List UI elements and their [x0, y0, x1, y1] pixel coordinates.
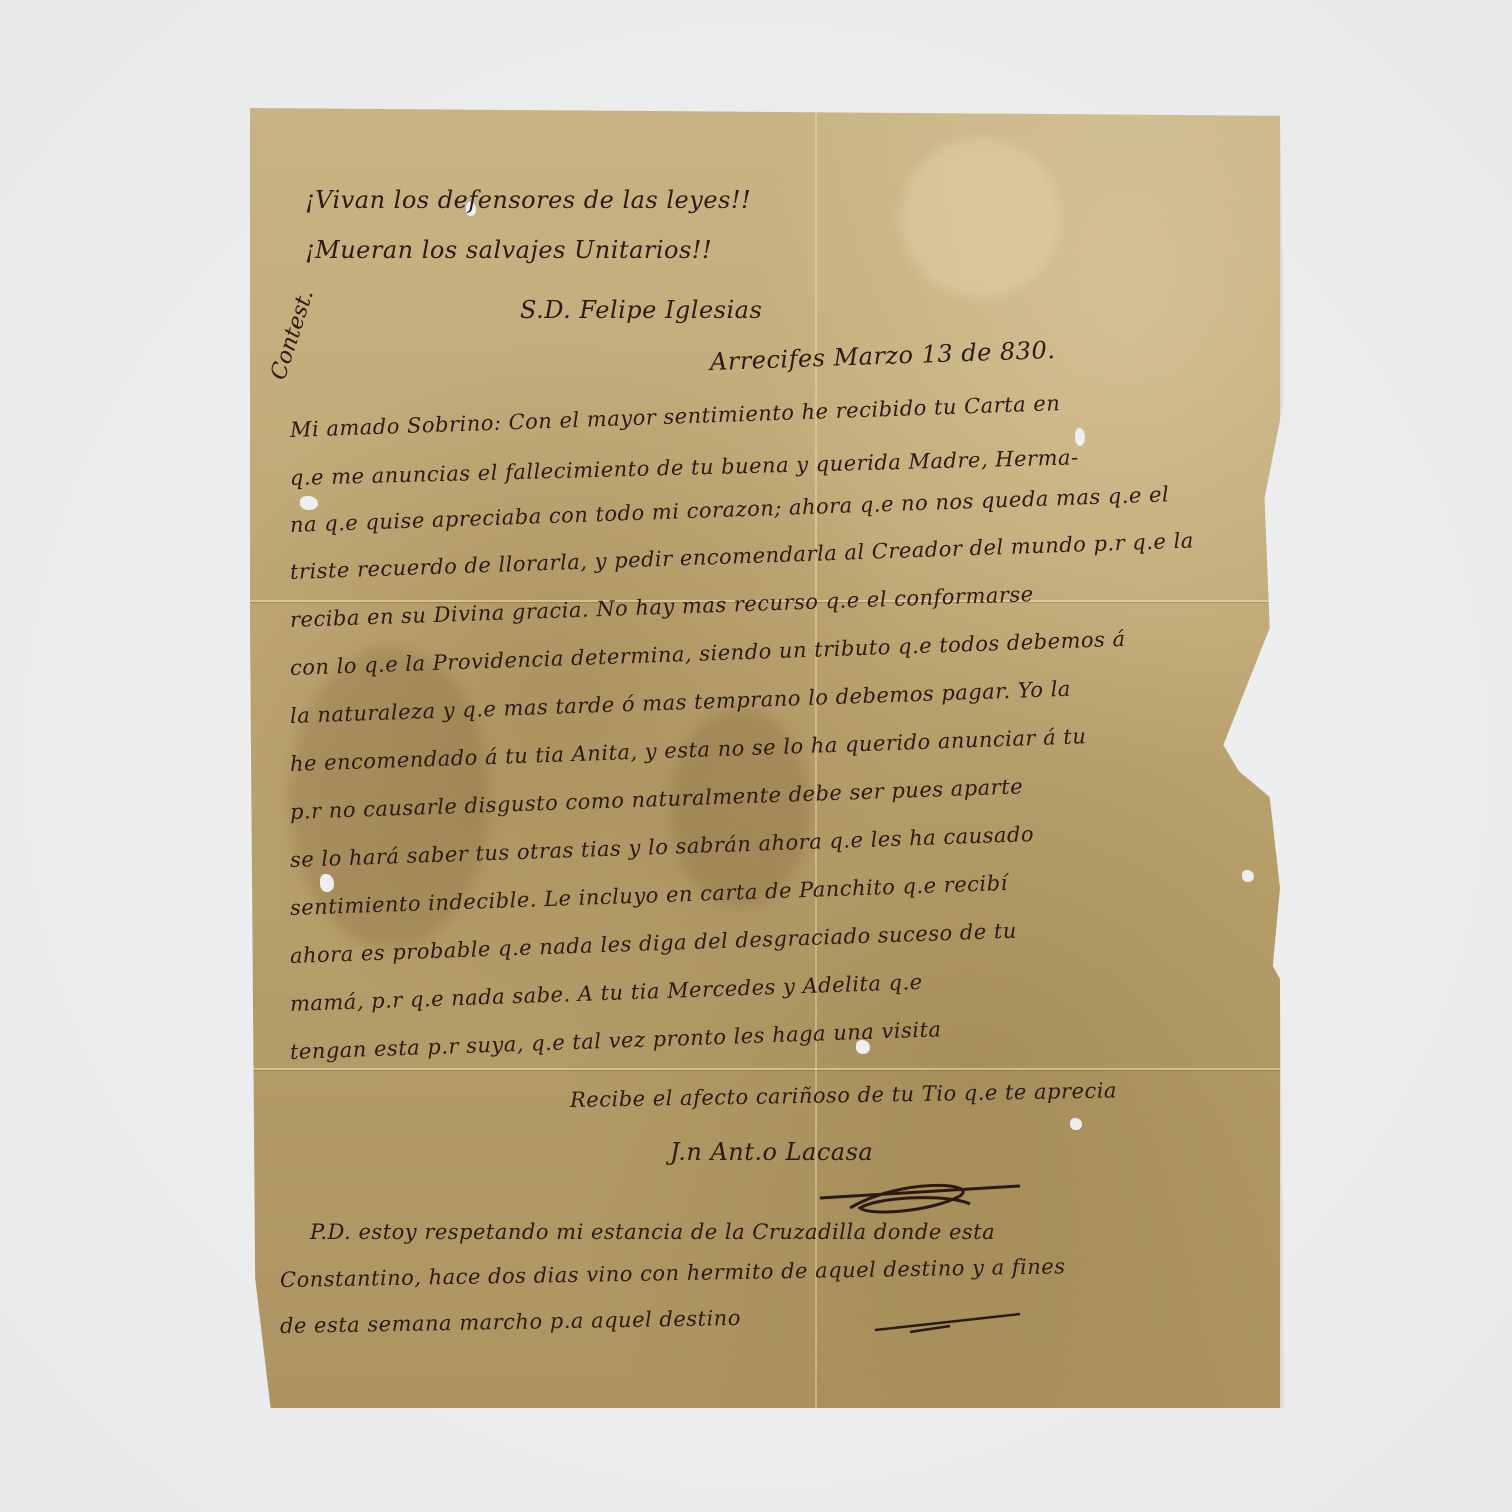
margin-note: Contest. — [266, 287, 319, 383]
body-line: na q.e quise apreciaba con todo mi coraz… — [290, 482, 1170, 537]
body-line: triste recuerdo de llorarla, y pedir enc… — [290, 528, 1195, 584]
body-line: Mi amado Sobrino: Con el mayor sentimien… — [290, 391, 1061, 442]
closing-line: Recibe el afecto cariñoso de tu Tio q.e … — [570, 1078, 1117, 1112]
header-exclamation-1: ¡Vivan los defensores de las leyes!! — [305, 186, 751, 214]
body-line: q.e me anuncias el fallecimiento de tu b… — [290, 445, 1079, 490]
paper-hole — [1075, 428, 1085, 446]
postscript-line: Constantino, hace dos dias vino con herm… — [280, 1254, 1066, 1292]
letter-paper: Contest. ¡Vivan los defensores de las le… — [250, 108, 1280, 1408]
header-exclamation-2: ¡Mueran los salvajes Unitarios!! — [305, 236, 712, 264]
paper-fold-line — [250, 1068, 1280, 1070]
addressee: S.D. Felipe Iglesias — [520, 296, 762, 324]
water-stain — [900, 138, 1060, 298]
paper-hole — [1242, 870, 1254, 882]
photo-stage: Contest. ¡Vivan los defensores de las le… — [0, 0, 1512, 1512]
postscript-flourish — [870, 1308, 1030, 1338]
paper-hole — [1070, 1118, 1082, 1130]
paper-hole — [320, 874, 334, 892]
body-line: mamá, p.r q.e nada sabe. A tu tia Merced… — [290, 970, 923, 1016]
body-line: reciba en su Divina gracia. No hay mas r… — [290, 582, 1034, 632]
postscript-line: de esta semana marcho p.a aquel destino — [280, 1306, 741, 1338]
paper-hole — [300, 496, 318, 510]
signature: J.n Ant.o Lacasa — [670, 1138, 873, 1166]
body-line: con lo q.e la Providencia determina, sie… — [290, 627, 1126, 680]
body-line: tengan esta p.r suya, q.e tal vez pronto… — [290, 1017, 942, 1064]
postscript-line: P.D. estoy respetando mi estancia de la … — [310, 1220, 995, 1244]
place-date: Arrecifes Marzo 13 de 830. — [710, 336, 1056, 376]
signature-flourish — [810, 1168, 1030, 1228]
